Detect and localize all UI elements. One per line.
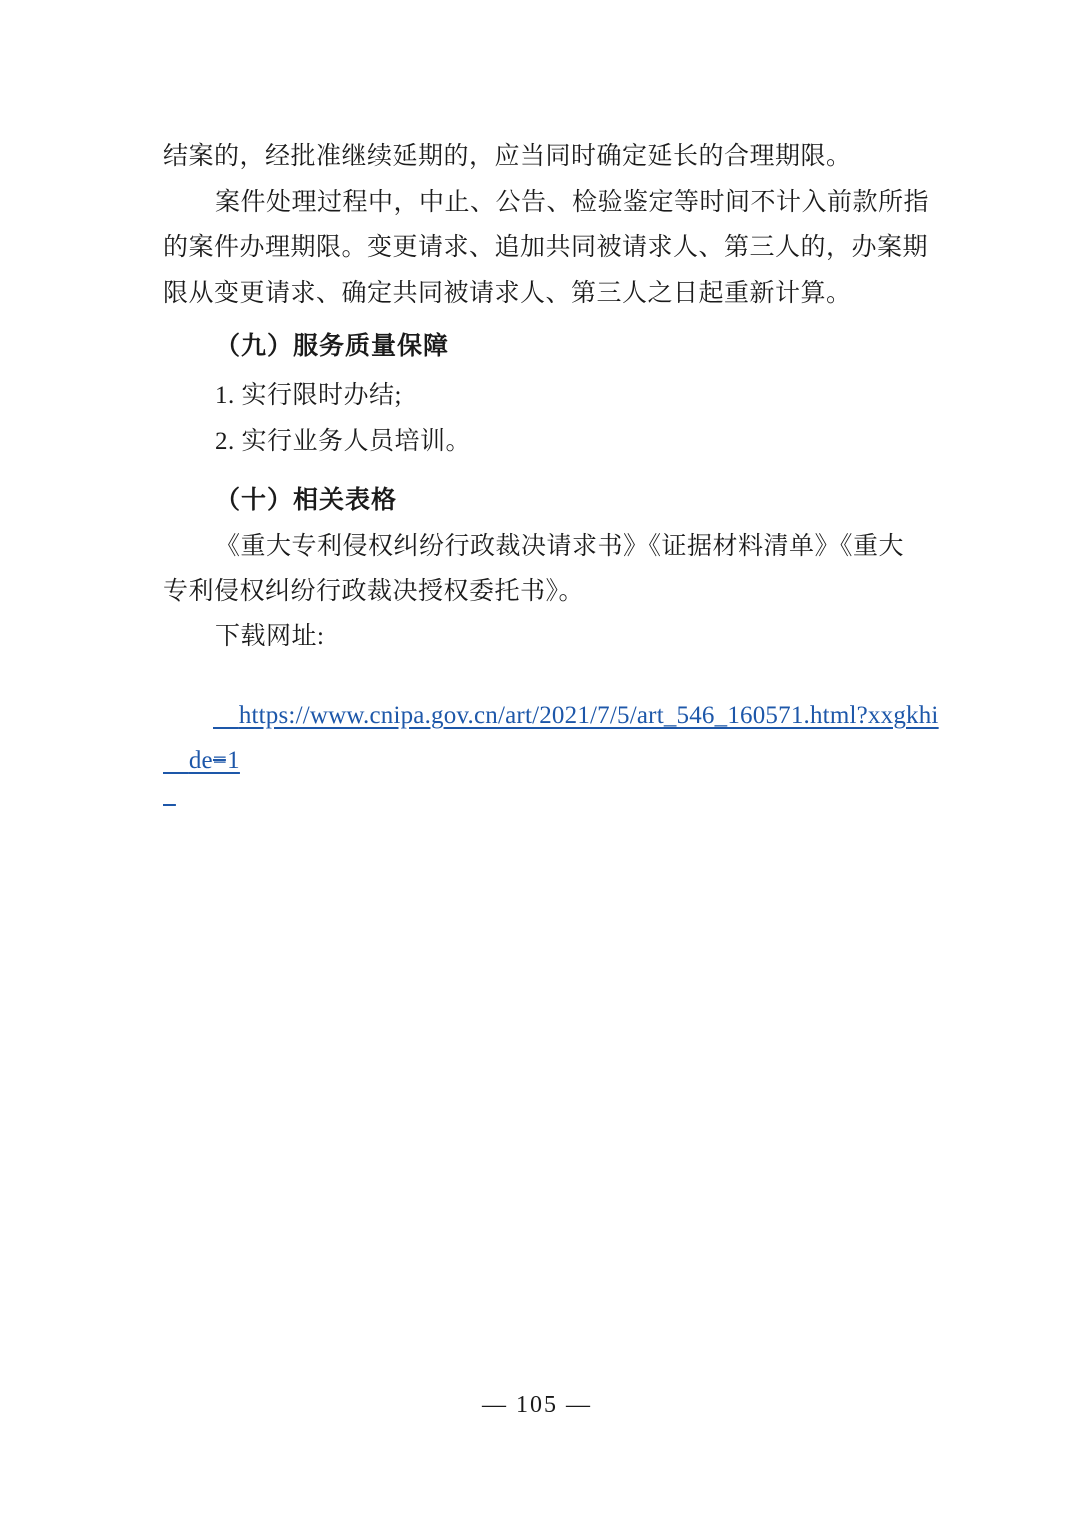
paragraph-line: 的案件办理期限。变更请求、追加共同被请求人、第三人的，办案期 (163, 232, 928, 264)
paragraph-line: 限从变更请求、确定共同被请求人、第三人之日起重新计算。 (163, 278, 852, 310)
section-nine-item-1: 1. 实行限时办结; (215, 380, 402, 412)
section-ten-line-2: 专利侵权纠纷行政裁决授权委托书》。 (163, 576, 584, 608)
paragraph-line: 结案的，经批准继续延期的，应当同时确定延长的合理期限。 (163, 141, 852, 173)
section-nine-heading: （九）服务质量保障 (215, 331, 449, 363)
page-number: — 105 — (0, 1392, 1074, 1419)
document-page: 结案的，经批准继续延期的，应当同时确定延长的合理期限。 案件处理过程中，中止、公… (0, 0, 1074, 1520)
download-url-line-2[interactable]: de=1 (163, 713, 240, 809)
section-nine-item-2: 2. 实行业务人员培训。 (215, 426, 471, 458)
section-ten-line-1: 《重大专利侵权纠纷行政裁决请求书》《证据材料清单》《重大 (215, 531, 904, 563)
download-label: 下载网址: (215, 621, 324, 653)
paragraph-line: 案件处理过程中，中止、公告、检验鉴定等时间不计入前款所指 (215, 187, 929, 219)
download-url-link[interactable]: de=1 (189, 747, 240, 774)
section-ten-heading: （十）相关表格 (215, 485, 397, 517)
download-url-line-1[interactable]: https://www.cnipa.gov.cn/art/2021/7/5/ar… (213, 668, 939, 764)
download-url-link[interactable]: https://www.cnipa.gov.cn/art/2021/7/5/ar… (239, 702, 939, 729)
